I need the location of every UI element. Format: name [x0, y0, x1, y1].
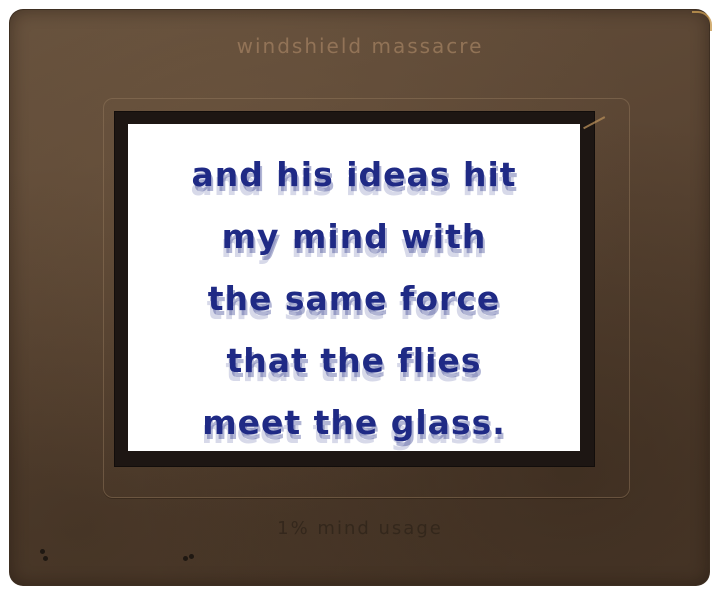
black-mat: and his ideas hit my mind with the same …	[114, 111, 595, 467]
poem-line: meet the glass.	[128, 392, 580, 454]
poem-text: and his ideas hit my mind with the same …	[128, 144, 580, 454]
poem-line: and his ideas hit	[128, 144, 580, 206]
poem-line: that the flies	[128, 330, 580, 392]
poem-paper: and his ideas hit my mind with the same …	[128, 124, 580, 451]
poem-line: my mind with	[128, 206, 580, 268]
stain-dot	[183, 556, 188, 561]
frame-top-title: windshield massacre	[0, 34, 720, 58]
stain-dot	[189, 554, 194, 559]
poem-line: the same force	[128, 268, 580, 330]
frame-bottom-title: 1% mind usage	[0, 518, 720, 539]
frame-worn-corner	[692, 11, 712, 31]
stain-dot	[40, 549, 45, 554]
stain-dot	[43, 556, 48, 561]
